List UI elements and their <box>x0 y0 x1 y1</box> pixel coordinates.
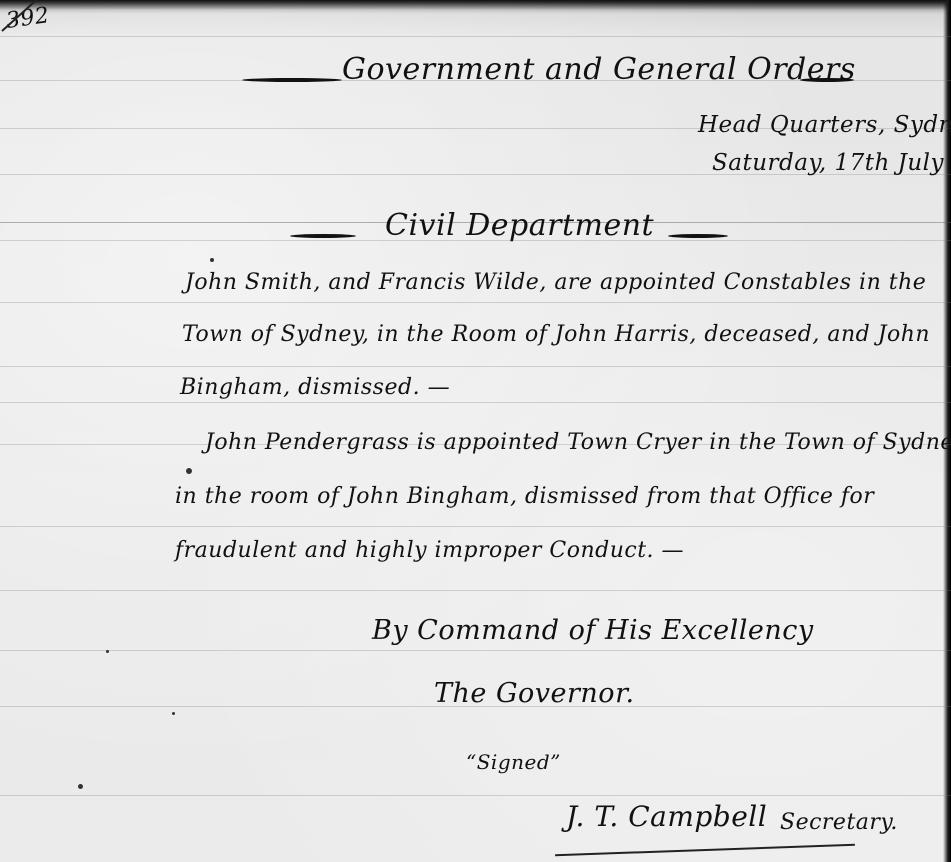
ruled-line <box>0 36 951 37</box>
signed-label: “Signed” <box>466 750 561 774</box>
paragraph-1-line-1: John Smith, and Francis Wilde, are appoi… <box>185 270 926 295</box>
document-heading: Government and General Orders <box>342 52 856 87</box>
signature-title: Secretary. <box>780 810 898 835</box>
ruled-line <box>0 302 951 303</box>
ruled-line <box>0 795 951 796</box>
closing-governor-line: The Governor. <box>434 678 635 709</box>
paragraph-2-line-3: fraudulent and highly improper Conduct. … <box>175 538 684 563</box>
department-heading: Civil Department <box>385 208 654 243</box>
closing-command-line: By Command of His Excellency <box>372 615 814 646</box>
signature-name: J. T. Campbell <box>566 800 767 833</box>
scan-top-edge <box>0 0 951 10</box>
paragraph-2-line-1: John Pendergrass is appointed Town Cryer… <box>205 430 951 455</box>
date-line: Saturday, 17th July 1813. <box>712 150 951 176</box>
ruled-line <box>0 366 951 367</box>
place-line: Head Quarters, Sydney, <box>698 112 951 138</box>
paragraph-1-line-2: Town of Sydney, in the Room of John Harr… <box>182 322 930 347</box>
heading-flourish-right <box>800 78 854 82</box>
ruled-line <box>0 590 951 591</box>
paragraph-2-line-2: in the room of John Bingham, dismissed f… <box>175 484 874 509</box>
ruled-line <box>0 402 951 403</box>
ink-speck <box>172 712 175 715</box>
ink-speck <box>210 258 214 262</box>
scanned-ledger-page: 392 Government and General Orders Head Q… <box>0 0 951 862</box>
paragraph-1-line-3: Bingham, dismissed. — <box>180 375 450 400</box>
department-flourish-right <box>668 234 728 238</box>
heading-flourish-left <box>242 78 342 82</box>
ink-speck <box>186 468 192 474</box>
ruled-line <box>0 650 951 651</box>
signature-underline <box>555 844 855 856</box>
department-flourish-left <box>290 234 356 238</box>
ink-speck <box>106 650 109 653</box>
ink-speck <box>78 784 83 789</box>
ruled-line <box>0 526 951 527</box>
